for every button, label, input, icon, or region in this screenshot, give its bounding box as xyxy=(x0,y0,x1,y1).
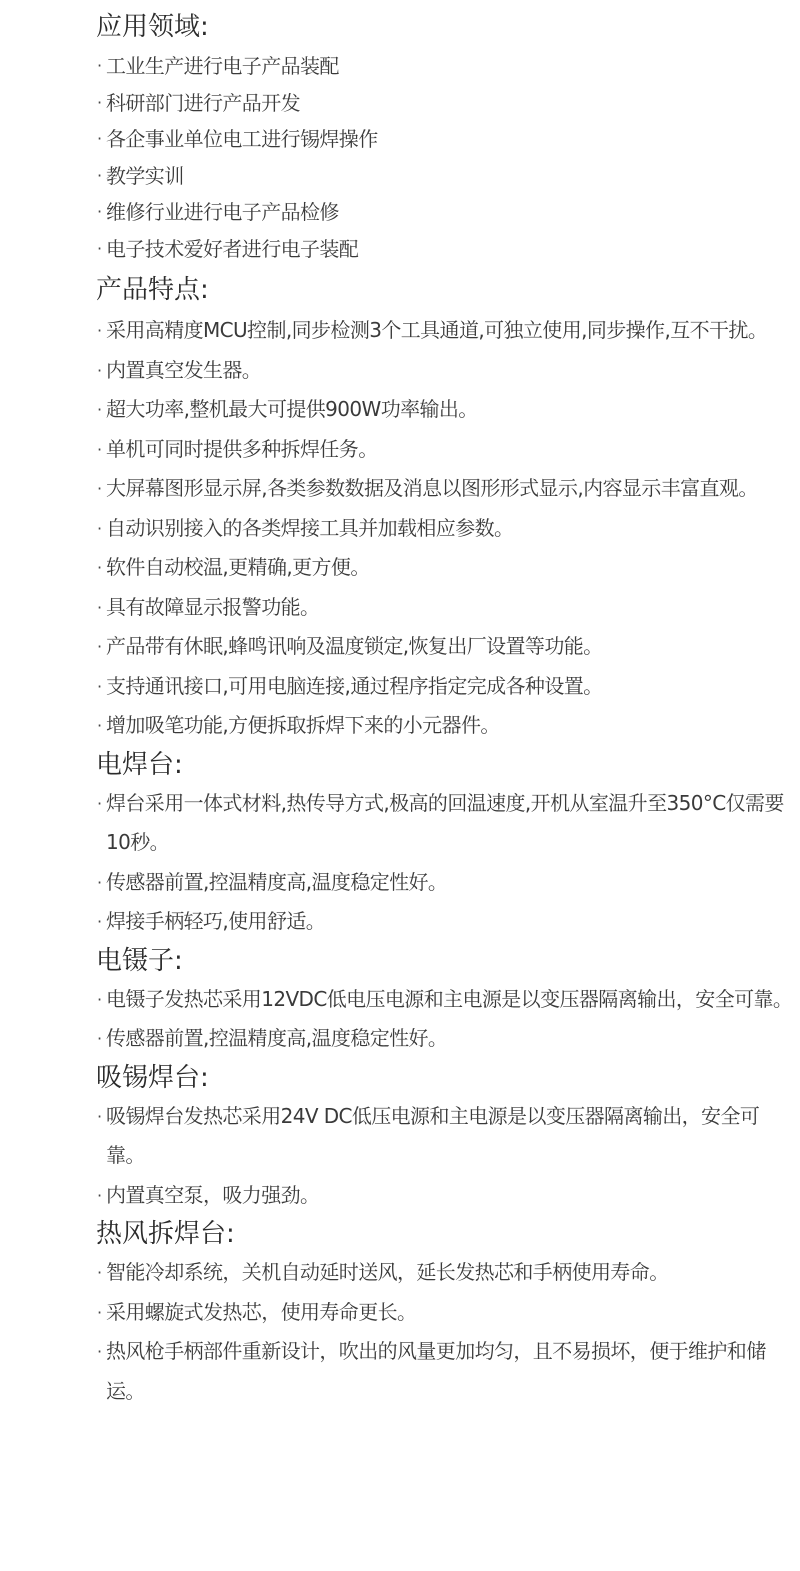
list-item: ·各企事业单位电工进行锡焊操作 xyxy=(96,121,796,158)
list-item: ·单机可同时提供多种拆焊任务。 xyxy=(96,430,796,470)
bullet-icon: · xyxy=(97,469,102,509)
bullet-icon: · xyxy=(97,902,102,942)
section-product-features: 产品特点: ·采用高精度MCU控制,同步检测3个工具通道,可独立使用,同步操作,… xyxy=(96,271,796,746)
list-item: ·热风枪手柄部件重新设计，吹出的风量更加均匀，且不易损坏，便于维护和储运。 xyxy=(96,1332,796,1411)
bullet-icon: · xyxy=(97,667,102,707)
list-item: ·电镊子发热芯采用12VDC低电压电源和主电源是以变压器隔离输出，安全可靠。 xyxy=(96,980,796,1020)
list-item: ·电子技术爱好者进行电子装配 xyxy=(96,231,796,268)
bullet-icon: · xyxy=(97,509,102,549)
product-description: 应用领域: ·工业生产进行电子产品装配 ·科研部门进行产品开发 ·各企事业单位电… xyxy=(96,8,796,1411)
tweezers-list: ·电镊子发热芯采用12VDC低电压电源和主电源是以变压器隔离输出，安全可靠。 ·… xyxy=(96,980,796,1059)
list-item: ·科研部门进行产品开发 xyxy=(96,85,796,122)
list-item: ·增加吸笔功能,方便拆取拆焊下来的小元器件。 xyxy=(96,706,796,746)
bullet-icon: · xyxy=(97,1293,102,1333)
list-item: ·采用高精度MCU控制,同步检测3个工具通道,可独立使用,同步操作,互不干扰。 xyxy=(96,311,796,351)
bullet-icon: · xyxy=(97,351,102,391)
list-item: ·焊接手柄轻巧,使用舒适。 xyxy=(96,902,796,942)
list-item: ·自动识别接入的各类焊接工具并加载相应参数。 xyxy=(96,509,796,549)
bullet-icon: · xyxy=(97,48,102,85)
section-soldering-station: 电焊台: ·焊台采用一体式材料,热传导方式,极高的回温速度,开机从室温升至350… xyxy=(96,746,796,942)
bullet-icon: · xyxy=(97,548,102,588)
bullet-icon: · xyxy=(97,588,102,628)
desoldering-list: ·吸锡焊台发热芯采用24V DC低压电源和主电源是以变压器隔离输出，安全可靠。 … xyxy=(96,1097,796,1216)
bullet-icon: · xyxy=(97,121,102,158)
list-item: ·采用螺旋式发热芯，使用寿命更长。 xyxy=(96,1293,796,1333)
bullet-icon: · xyxy=(97,980,102,1020)
bullet-icon: · xyxy=(97,194,102,231)
list-item: ·内置真空发生器。 xyxy=(96,351,796,391)
hot-air-list: ·智能冷却系统，关机自动延时送风，延长发热芯和手柄使用寿命。 ·采用螺旋式发热芯… xyxy=(96,1253,796,1411)
bullet-icon: · xyxy=(97,1176,102,1216)
bullet-icon: · xyxy=(97,85,102,122)
bullet-icon: · xyxy=(97,311,102,351)
bullet-icon: · xyxy=(97,863,102,903)
section-title: 应用领域: xyxy=(96,8,796,46)
application-list: ·工业生产进行电子产品装配 ·科研部门进行产品开发 ·各企事业单位电工进行锡焊操… xyxy=(96,48,796,267)
list-item: ·具有故障显示报警功能。 xyxy=(96,588,796,628)
bullet-icon: · xyxy=(97,158,102,195)
section-application-fields: 应用领域: ·工业生产进行电子产品装配 ·科研部门进行产品开发 ·各企事业单位电… xyxy=(96,8,796,267)
soldering-station-list: ·焊台采用一体式材料,热传导方式,极高的回温速度,开机从室温升至350°C仅需要… xyxy=(96,784,796,942)
list-item: ·吸锡焊台发热芯采用24V DC低压电源和主电源是以变压器隔离输出，安全可靠。 xyxy=(96,1097,796,1176)
bullet-icon: · xyxy=(97,706,102,746)
bullet-icon: · xyxy=(97,627,102,667)
section-hot-air-rework-station: 热风拆焊台: ·智能冷却系统，关机自动延时送风，延长发热芯和手柄使用寿命。 ·采… xyxy=(96,1215,796,1411)
list-item: ·内置真空泵，吸力强劲。 xyxy=(96,1176,796,1216)
bullet-icon: · xyxy=(97,1097,102,1137)
section-soldering-tweezers: 电镊子: ·电镊子发热芯采用12VDC低电压电源和主电源是以变压器隔离输出，安全… xyxy=(96,942,796,1059)
list-item: ·智能冷却系统，关机自动延时送风，延长发热芯和手柄使用寿命。 xyxy=(96,1253,796,1293)
list-item: ·软件自动校温,更精确,更方便。 xyxy=(96,548,796,588)
list-item: ·大屏幕图形显示屏,各类参数数据及消息以图形形式显示,内容显示丰富直观。 xyxy=(96,469,796,509)
list-item: ·支持通讯接口,可用电脑连接,通过程序指定完成各种设置。 xyxy=(96,667,796,707)
list-item: ·工业生产进行电子产品装配 xyxy=(96,48,796,85)
list-item: ·教学实训 xyxy=(96,158,796,195)
list-item: ·焊台采用一体式材料,热传导方式,极高的回温速度,开机从室温升至350°C仅需要… xyxy=(96,784,796,863)
bullet-icon: · xyxy=(97,430,102,470)
list-item: ·维修行业进行电子产品检修 xyxy=(96,194,796,231)
bullet-icon: · xyxy=(97,784,102,824)
features-list: ·采用高精度MCU控制,同步检测3个工具通道,可独立使用,同步操作,互不干扰。 … xyxy=(96,311,796,746)
section-title: 电镊子: xyxy=(96,942,796,980)
bullet-icon: · xyxy=(97,1253,102,1293)
section-title: 产品特点: xyxy=(96,271,796,309)
list-item: · 超大功率,整机最大可提供900W功率输出。 xyxy=(96,390,796,430)
list-item: ·传感器前置,控温精度高,温度稳定性好。 xyxy=(96,863,796,903)
section-title: 热风拆焊台: xyxy=(96,1215,796,1253)
bullet-icon: · xyxy=(97,390,102,430)
bullet-icon: · xyxy=(97,1332,102,1372)
section-title: 吸锡焊台: xyxy=(96,1059,796,1097)
bullet-icon: · xyxy=(97,231,102,268)
section-title: 电焊台: xyxy=(96,746,796,784)
list-item: ·产品带有休眠,蜂鸣讯响及温度锁定,恢复出厂设置等功能。 xyxy=(96,627,796,667)
section-desoldering-station: 吸锡焊台: ·吸锡焊台发热芯采用24V DC低压电源和主电源是以变压器隔离输出，… xyxy=(96,1059,796,1216)
list-item: ·传感器前置,控温精度高,温度稳定性好。 xyxy=(96,1019,796,1059)
bullet-icon: · xyxy=(97,1019,102,1059)
